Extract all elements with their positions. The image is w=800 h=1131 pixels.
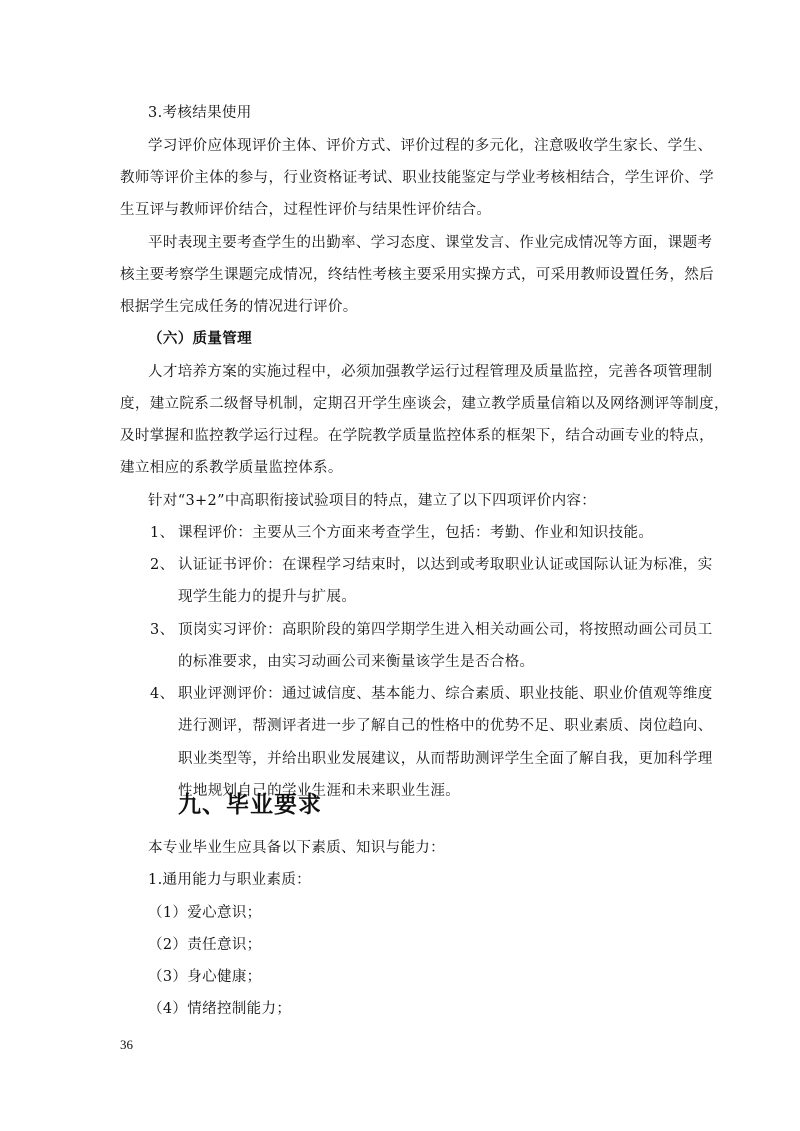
list-item-number: 4、 (150, 684, 174, 704)
list-item-text: 职业类型等，并给出职业发展建议，从而帮助测评学生全面了解自我，更加科学理 (178, 749, 713, 769)
list-item-text: 的标准要求，由实习动画公司来衡量该学生是否合格。 (178, 652, 534, 672)
paragraph-line: 教师等评价主体的参与，行业资格证考试、职业技能鉴定与学业考核相结合，学生评价、学 (120, 168, 714, 188)
quality-item: （1）爱心意识； (148, 903, 262, 923)
quality-item: （4）情绪控制能力； (148, 999, 291, 1019)
list-item-text: 顶岗实习评价：高职阶段的第四学期学生进入相关动画公司，将按照动画公司员工 (178, 620, 713, 640)
section-heading: 九、毕业要求 (178, 789, 322, 821)
list-item-text: 课程评价：主要从三个方面来考查学生，包括：考勤、作业和知识技能。 (178, 523, 653, 543)
list-item-text: 现学生能力的提升与扩展。 (178, 587, 356, 607)
paragraph-line: 平时表现主要考查学生的出勤率、学习态度、课堂发言、作业完成情况等方面，课题考 (148, 233, 712, 253)
paragraph-line: 及时掌握和监控教学运行过程。在学院教学质量监控体系的框架下，结合动画专业的特点， (120, 426, 714, 446)
subsection-heading: （六）质量管理 (148, 329, 252, 349)
paragraph-line: 1.通用能力与职业素质： (148, 870, 311, 890)
paragraph-line: 度，建立院系二级督导机制，定期召开学生座谈会，建立教学质量信箱以及网络测评等制度… (120, 394, 729, 414)
paragraph-line: 建立相应的系教学质量监控体系。 (120, 458, 343, 478)
list-item-number: 1、 (150, 523, 174, 543)
list-item-text: 职业评测评价：通过诚信度、基本能力、综合素质、职业技能、职业价值观等维度 (178, 684, 713, 704)
paragraph-line: 本专业毕业生应具备以下素质、知识与能力： (148, 838, 445, 858)
list-item-number: 3、 (150, 620, 174, 640)
document-page: 3.考核结果使用学习评价应体现评价主体、评价方式、评价过程的多元化，注意吸收学生… (0, 0, 800, 1131)
paragraph-line: 生互评与教师评价结合，过程性评价与结果性评价结合。 (120, 200, 491, 220)
paragraph-line: 根据学生完成任务的情况进行评价。 (120, 297, 358, 317)
quality-item: （3）身心健康； (148, 967, 262, 987)
paragraph-line: 核主要考察学生课题完成情况，终结性考核主要采用实操方式，可采用教师设置任务，然后 (120, 265, 714, 285)
list-item-text: 进行测评，帮测评者进一步了解自己的性格中的优势不足、职业素质、岗位趋向、 (178, 716, 713, 736)
list-item-number: 2、 (150, 555, 174, 575)
page-number: 36 (120, 1036, 133, 1054)
list-item-text: 认证证书评价：在课程学习结束时，以达到或考取职业认证或国际认证为标准，实 (178, 555, 713, 575)
paragraph-line: 针对“3+2”中高职衔接试验项目的特点，建立了以下四项评价内容： (148, 491, 596, 511)
paragraph-line: 人才培养方案的实施过程中，必须加强教学运行过程管理及质量监控，完善各项管理制 (148, 362, 712, 382)
paragraph-line: 3.考核结果使用 (148, 103, 252, 123)
quality-item: （2）责任意识； (148, 935, 262, 955)
paragraph-line: 学习评价应体现评价主体、评价方式、评价过程的多元化，注意吸收学生家长、学生、 (148, 136, 712, 156)
